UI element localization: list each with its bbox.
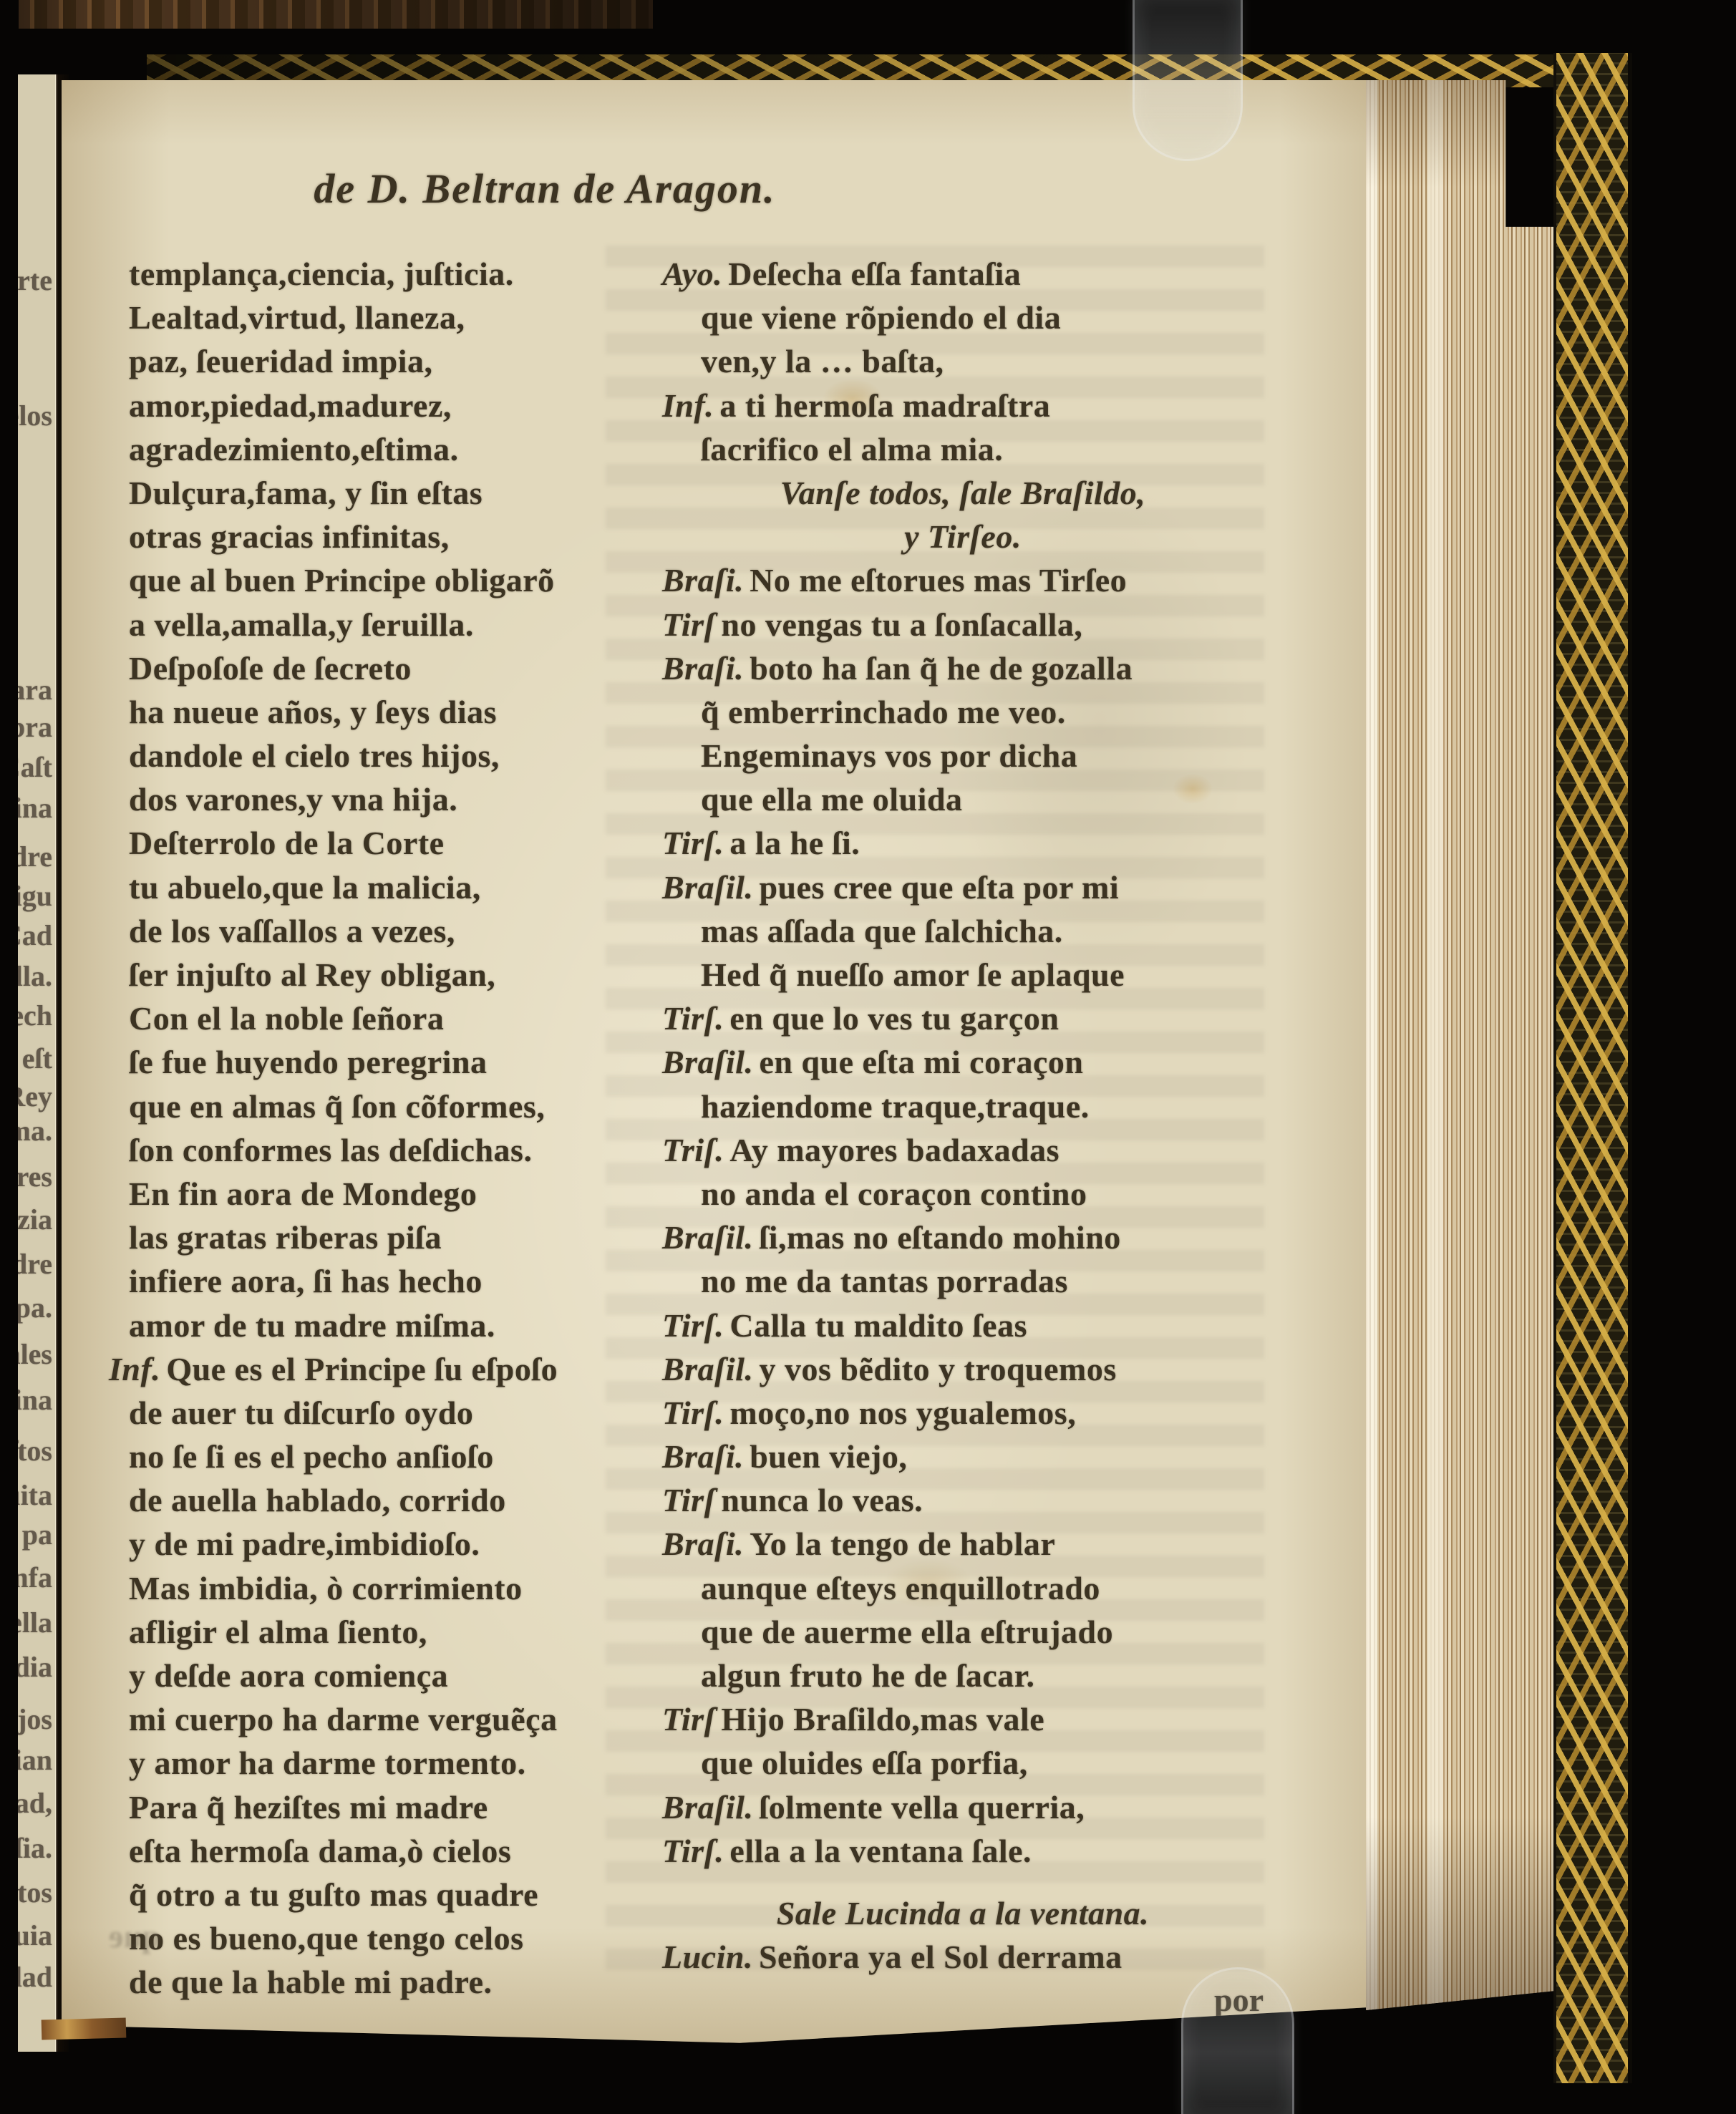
verse-line: ven,y la … baſta, [662, 339, 1264, 383]
verse-text: Dulçura,fama, y ſin eſtas [129, 475, 483, 511]
facing-page-text-fragment: os guſtos [18, 1434, 52, 1468]
verse-text: ven,y la … baſta, [701, 343, 944, 379]
speaker-label: Inf. [109, 1351, 160, 1387]
verse-text: mas aſſada que ſalchicha. [701, 913, 1063, 949]
speaker-label: Tirſ [662, 1701, 715, 1737]
verse-text: que ella me oluida [701, 781, 963, 818]
verse-line: no ſe ſi es el pecho anſioſo [129, 1435, 702, 1478]
verse-line: ha nueue años, y ſeys dias [129, 690, 702, 734]
verse-line: a vella,amalla,y ſeruilla. [129, 603, 702, 646]
stage-direction: y Tirſeo. [662, 515, 1264, 558]
verse-text: y Tirſeo. [904, 518, 1022, 555]
verse-text: de que la hable mi padre. [129, 1964, 493, 2000]
speaker-label: Tirſ. [662, 825, 724, 861]
facing-page-text-fragment: tros Rey [18, 1080, 52, 1113]
speaker-label: Tirſ. [662, 1833, 724, 1869]
verse-line: Lucin.Señora ya el Sol derrama [662, 1935, 1264, 1979]
verse-line: mi cuerpo ha darme verguẽça [129, 1697, 702, 1741]
verse-line: que viene rõpiendo el dia [662, 296, 1264, 339]
verse-text: en que eſta mi coraçon [759, 1044, 1083, 1080]
verse-text: no vengas tu a ſonſacalla, [721, 606, 1082, 643]
verse-line: Tirſ.en que lo ves tu garçon [662, 997, 1264, 1040]
verse-line: Ayo.Deſecha eſſa fantaſia [662, 252, 1264, 296]
verse-text: paz, ſeueridad impia, [129, 343, 433, 379]
facing-page-text-fragment: concurrian [18, 1743, 52, 1777]
verse-text: Deſpoſoſe de ſecreto [129, 650, 412, 687]
facing-page-text-fragment: le madre [18, 1247, 52, 1281]
verse-line: y amor ha darme tormento. [129, 1741, 702, 1785]
facing-page-text-fragment: s Reales [18, 1337, 52, 1371]
verse-line: algun fruto he de ſacar. [662, 1654, 1264, 1697]
verse-text: y de mi padre,imbidioſo. [129, 1526, 480, 1562]
facing-page-text-fragment: as Eſtrella [18, 1606, 52, 1639]
verse-line: Lealtad,virtud, llaneza, [129, 296, 702, 339]
verse-line: las gratas riberas piſa [129, 1216, 702, 1259]
verse-text: agradezimiento,eſtima. [129, 431, 459, 467]
facing-page-text-fragment: r no quita [18, 1478, 52, 1512]
verse-line: ſon conformes las deſdichas. [129, 1128, 702, 1172]
verse-line: de auella hablado, corrido [129, 1478, 702, 1522]
verse-line: no es bueno,que tengo celos [129, 1916, 702, 1960]
verse-line: que de auerme ella eſtrujado [662, 1610, 1264, 1654]
verse-line: Braſi.boto ha ſan q̃ he de gozalla [662, 646, 1264, 690]
cover-bottom-gilt-sliver [42, 2017, 127, 2040]
verse-text: Engeminays vos por dicha [701, 737, 1077, 774]
facing-page-text-fragment: Caſtilla. [18, 959, 52, 993]
book-page: de D. Beltran de Aragon. templança,cienc… [62, 80, 1366, 2049]
verse-text: Sale Lucinda a la ventana. [777, 1895, 1149, 1931]
verse-line: templança,ciencia, juſticia. [129, 252, 702, 296]
verse-line: de los vaſſallos a vezes, [129, 909, 702, 953]
verse-line: Braſi.buen viejo, [662, 1435, 1264, 1478]
verse-line: q̃ otro a tu guſto mas quadre [129, 1873, 702, 1916]
verse-text: buen viejo, [750, 1438, 907, 1475]
facing-page-text-fragment: tanta eſt [18, 1042, 52, 1075]
facing-page-text-fragment: ojos [18, 1702, 52, 1736]
facing-page-text-fragment: do zelos [18, 399, 52, 432]
verse-text: dos varones,y vna hija. [129, 781, 457, 818]
facing-page-text-fragment: moſa ninfa [18, 1561, 52, 1594]
verse-line: no me da tantas porradas [662, 1259, 1264, 1303]
verse-text: aunque eſteys enquillotrado [701, 1570, 1100, 1606]
verse-line: ſer injuſto al Rey obligan, [129, 953, 702, 997]
verse-line: otras gracias infinitas, [129, 515, 702, 558]
verse-text: afligir el alma ſiento, [129, 1614, 427, 1650]
verse-text: algun fruto he de ſacar. [701, 1657, 1034, 1694]
verse-text: Hed q̃ nueſſo amor ſe aplaque [701, 956, 1125, 993]
verse-text: las gratas riberas piſa [129, 1219, 442, 1256]
text-column-right: Ayo.Deſecha eſſa fantaſiaque viene rõpie… [662, 252, 1264, 1979]
verse-text: que de auerme ella eſtrujado [701, 1614, 1113, 1650]
verse-text: q̃ otro a tu guſto mas quadre [129, 1876, 538, 1913]
facing-page-text-fragment: e imbidia [18, 1650, 52, 1684]
verse-line: Braſil.en que eſta mi coraçon [662, 1040, 1264, 1084]
facing-page-text-fragment: es de Caſt [18, 750, 52, 784]
speaker-label: Ayo. [662, 256, 722, 292]
cover-fore-edge-gilt-border [1553, 53, 1632, 2083]
verse-text: que al buen Principe obligarõ [129, 562, 555, 598]
facing-page-text-fragment: gitima. [18, 1114, 52, 1148]
facing-page-text-fragment: iudò ſu pa [18, 1518, 52, 1551]
verse-text: que oluides eſſa porfia, [701, 1745, 1028, 1781]
verse-line: no anda el coraçon contino [662, 1172, 1264, 1216]
stage-direction: Vanſe todos, ſale Braſildo, [662, 471, 1264, 515]
verse-text: no ſe ſi es el pecho anſioſo [129, 1438, 494, 1475]
speaker-label: Braſil. [662, 869, 753, 906]
facing-page-text-fragment: grina [18, 1383, 52, 1417]
verse-text: ſi,mas no eſtando mohino [759, 1219, 1120, 1256]
verse-text: ſolmente vella querria, [759, 1789, 1085, 1825]
verse-line: y de mi padre,imbidioſo. [129, 1522, 702, 1566]
page-holder-tab-top [1133, 0, 1243, 161]
verse-line: eſta hermoſa dama,ò cielos [129, 1829, 702, 1873]
speaker-label: Braſi. [662, 1526, 744, 1562]
verse-text: Yo la tengo de hablar [750, 1526, 1055, 1562]
verse-line: Tirſ.Calla tu maldito ſeas [662, 1304, 1264, 1347]
verse-line: Braſil.y vos bẽdito y troquemos [662, 1347, 1264, 1391]
verse-text: Que es el Principe ſu eſpoſo [166, 1351, 558, 1387]
speaker-label: Braſil. [662, 1219, 753, 1256]
verse-line: Inf.Que es el Principe ſu eſpoſo [109, 1347, 702, 1391]
verse-text: boto ha ſan q̃ he de gozalla [750, 650, 1133, 687]
verse-line: Tirſ.moço,no nos ygualemos, [662, 1391, 1264, 1435]
speaker-label: Braſil. [662, 1044, 753, 1080]
verse-text: de auella hablado, corrido [129, 1482, 506, 1518]
speaker-label: Braſi. [662, 1438, 744, 1475]
verse-text: eſta hermoſa dama,ò cielos [129, 1833, 511, 1869]
verse-line: Tirſ.ella a la ventana ſale. [662, 1829, 1264, 1873]
verse-line: y deſde aora comiença [129, 1654, 702, 1697]
verse-text: y amor ha darme tormento. [129, 1745, 526, 1781]
verse-line: de que la hable mi padre. [129, 1960, 702, 2004]
speaker-label: Braſil. [662, 1351, 753, 1387]
speaker-label: Tirſ [662, 606, 715, 643]
facing-page-text-fragment: o ſobrina [18, 791, 52, 825]
verse-line: aunque eſteys enquillotrado [662, 1566, 1264, 1610]
verse-text: ſe fue huyendo peregrina [129, 1044, 488, 1080]
verse-text: infiere aora, ſi has hecho [129, 1263, 483, 1299]
verse-line: Con el la noble ſeñora [129, 997, 702, 1040]
verse-line: Tirſno vengas tu a ſonſacalla, [662, 603, 1264, 646]
verse-text: ſon conformes las deſdichas. [129, 1132, 532, 1168]
verse-line: dos varones,y vna hija. [129, 777, 702, 821]
facing-page-text-fragment: Galizia [18, 1203, 52, 1236]
facing-page-text-fragment: e antigu [18, 879, 52, 913]
speaker-label: Braſi. [662, 562, 744, 598]
verse-line: q̃ emberrinchado me veo. [662, 690, 1264, 734]
verse-text: templança,ciencia, juſticia. [129, 256, 514, 292]
book-spine-top-edge [19, 0, 653, 29]
verse-line: Braſi.No me eſtorues mas Tirſeo [662, 558, 1264, 602]
verse-text: q̃ emberrinchado me veo. [701, 694, 1066, 730]
verse-line: Inf.a ti hermoſa madraſtra [662, 384, 1264, 427]
verse-line: que en almas q̃ ſon cõformes, [129, 1085, 702, 1128]
verse-text: que en almas q̃ ſon cõformes, [129, 1088, 545, 1125]
stage-direction: Sale Lucinda a la ventana. [662, 1891, 1264, 1935]
facing-page-text-fragment: moſara [18, 673, 52, 707]
verse-text: a la he ſi. [729, 825, 860, 861]
verse-text: En fin aora de Mondego [129, 1175, 477, 1212]
speaker-label: Inf. [662, 387, 714, 424]
verse-line: Para q̃ heziſtes mi madre [129, 1785, 702, 1829]
verse-text: que viene rõpiendo el dia [701, 299, 1061, 336]
facing-page-text-fragment: a padre [18, 840, 52, 873]
facing-page-text-fragment: les reſpetos [18, 1876, 52, 1909]
verse-line: Dulçura,fama, y ſin eſtas [129, 471, 702, 515]
verse-text: de auer tu diſcurſo oydo [129, 1395, 473, 1431]
verse-line: Engeminays vos por dicha [662, 734, 1264, 777]
verse-text: Deſterrolo de la Corte [129, 825, 445, 861]
verse-text: Señora ya el Sol derrama [759, 1939, 1122, 1975]
verse-line: mas aſſada que ſalchicha. [662, 909, 1264, 953]
facing-page-text-fragment: alladares [18, 1160, 52, 1193]
verse-text: Con el la noble ſeñora [129, 1000, 444, 1037]
page-holder-tab-bottom [1181, 1967, 1294, 2114]
verse-text: Hijo Braſildo,mas vale [721, 1701, 1044, 1737]
verse-line: de auer tu diſcurſo oydo [129, 1391, 702, 1435]
speaker-label: Braſil. [662, 1789, 753, 1825]
verse-line: ſe fue huyendo peregrina [129, 1040, 702, 1084]
verse-line: que oluides eſſa porfia, [662, 1741, 1264, 1785]
verse-text: Mas imbidia, ò corrimiento [129, 1570, 523, 1606]
facing-page-text-fragment: eſtidad, [18, 1786, 52, 1820]
speaker-label: Tirſ. [662, 1395, 724, 1431]
verse-text: tu abuelo,que la malicia, [129, 869, 481, 906]
verse-line: infiere aora, ſi has hecho [129, 1259, 702, 1303]
verse-line: que al buen Principe obligarõ [129, 558, 702, 602]
speaker-label: Braſi. [662, 650, 744, 687]
facing-page-text-fragment: o Coymbra [18, 710, 52, 744]
verse-line: agradezimiento,eſtima. [129, 427, 702, 471]
verse-text: mi cuerpo ha darme verguẽça [129, 1701, 558, 1737]
verse-text: de los vaſſallos a vezes, [129, 913, 455, 949]
verse-text: Vanſe todos, ſale Braſildo, [780, 475, 1146, 511]
speaker-label: Tirſ [662, 1482, 715, 1518]
margin-fragments: a fuertedo zelosmoſarao Coymbraes de Caſ… [18, 74, 55, 2052]
verse-line: En fin aora de Mondego [129, 1172, 702, 1216]
verse-text: nunca lo veas. [721, 1482, 923, 1518]
verse-line: Braſi.Yo la tengo de hablar [662, 1522, 1264, 1566]
verse-line: Hed q̃ nueſſo amor ſe aplaque [662, 953, 1264, 997]
verse-line: que ella me oluida [662, 777, 1264, 821]
facing-page-text-fragment: ticipa. [18, 1291, 52, 1324]
verse-text: no me da tantas porradas [701, 1263, 1068, 1299]
verse-text: ſacrifico el alma mia. [701, 431, 1003, 467]
speaker-label: Tirſ. [662, 1000, 724, 1037]
running-title: de D. Beltran de Aragon. [169, 165, 921, 213]
verse-text: dandole el cielo tres hijos, [129, 737, 500, 774]
verse-text: no es bueno,que tengo celos [129, 1920, 523, 1957]
verse-line: Triſ.Ay mayores badaxadas [662, 1128, 1264, 1172]
facing-page-text-fragment: hidalguia [18, 1919, 52, 1952]
fore-edge-page-block [1366, 80, 1555, 2010]
verse-line: Braſil.pues cree que eſta por mi [662, 866, 1264, 909]
verse-text: ſer injuſto al Rey obligan, [129, 956, 495, 993]
verse-line: Tirſ.a la he ſi. [662, 821, 1264, 865]
speaker-label: Triſ. [662, 1132, 724, 1168]
verse-line: haziendome traque,traque. [662, 1085, 1264, 1128]
verse-text: y deſde aora comiença [129, 1657, 448, 1694]
verse-text: moço,no nos ygualemos, [729, 1395, 1076, 1431]
verse-text: Lealtad,virtud, llaneza, [129, 299, 465, 336]
verse-line: Tirſnunca lo veas. [662, 1478, 1264, 1522]
verse-text: Ay mayores badaxadas [729, 1132, 1059, 1168]
verse-line: paz, ſeueridad impia, [129, 339, 702, 383]
verse-line: ſacrifico el alma mia. [662, 427, 1264, 471]
verse-line: amor de tu madre miſma. [129, 1304, 702, 1347]
verse-text: a vella,amalla,y ſeruilla. [129, 606, 474, 643]
facing-page-text-fragment: orteſia. [18, 1831, 52, 1865]
verse-text: en que lo ves tu garçon [729, 1000, 1059, 1037]
verse-line: afligir el alma ſiento, [129, 1610, 702, 1654]
verse-text: amor de tu madre miſma. [129, 1307, 495, 1344]
verse-line: tu abuelo,que la malicia, [129, 866, 702, 909]
verse-line: Braſil.ſolmente vella querria, [662, 1785, 1264, 1829]
speaker-label: Tirſ. [662, 1307, 724, 1344]
verse-line: Deſterrolo de la Corte [129, 821, 702, 865]
facing-page-text-fragment: a fuerte [18, 263, 52, 297]
verse-text: no anda el coraçon contino [701, 1175, 1087, 1212]
verse-text: ella a la ventana ſale. [729, 1833, 1032, 1869]
verse-text: Deſecha eſſa fantaſia [728, 256, 1021, 292]
verse-text: a ti hermoſa madraſtra [719, 387, 1050, 424]
facing-page-text-fragment: tardo lech [18, 999, 52, 1032]
verse-line: Braſil.ſi,mas no eſtando mohino [662, 1216, 1264, 1259]
verse-text: Calla tu maldito ſeas [729, 1307, 1027, 1344]
verse-text: Para q̃ heziſtes mi madre [129, 1789, 488, 1825]
verse-text: No me eſtorues mas Tirſeo [750, 562, 1127, 598]
verse-text: otras gracias infinitas, [129, 518, 450, 555]
facing-page-text-fragment: cidad [18, 1960, 52, 1994]
verse-line: dandole el cielo tres hijos, [129, 734, 702, 777]
ghost-bleed-text: que [109, 1917, 160, 1955]
text-column-left: templança,ciencia, juſticia.Lealtad,virt… [129, 252, 702, 2004]
speaker-label: Lucin. [662, 1939, 753, 1975]
verse-line: Mas imbidia, ò corrimiento [129, 1566, 702, 1610]
verse-line: Deſpoſoſe de ſecreto [129, 646, 702, 690]
facing-page-text-fragment: Layn Cad [18, 918, 52, 952]
verse-line: TirſHijo Braſildo,mas vale [662, 1697, 1264, 1741]
facing-page-sliver: a fuertedo zelosmoſarao Coymbraes de Caſ… [18, 74, 57, 2052]
verse-text: pues cree que eſta por mi [759, 869, 1119, 906]
verse-text: y vos bẽdito y troquemos [759, 1351, 1116, 1387]
verse-line: amor,piedad,madurez, [129, 384, 702, 427]
verse-text: ha nueue años, y ſeys dias [129, 694, 497, 730]
verse-text: amor,piedad,madurez, [129, 387, 452, 424]
verse-text: haziendome traque,traque. [701, 1088, 1090, 1125]
